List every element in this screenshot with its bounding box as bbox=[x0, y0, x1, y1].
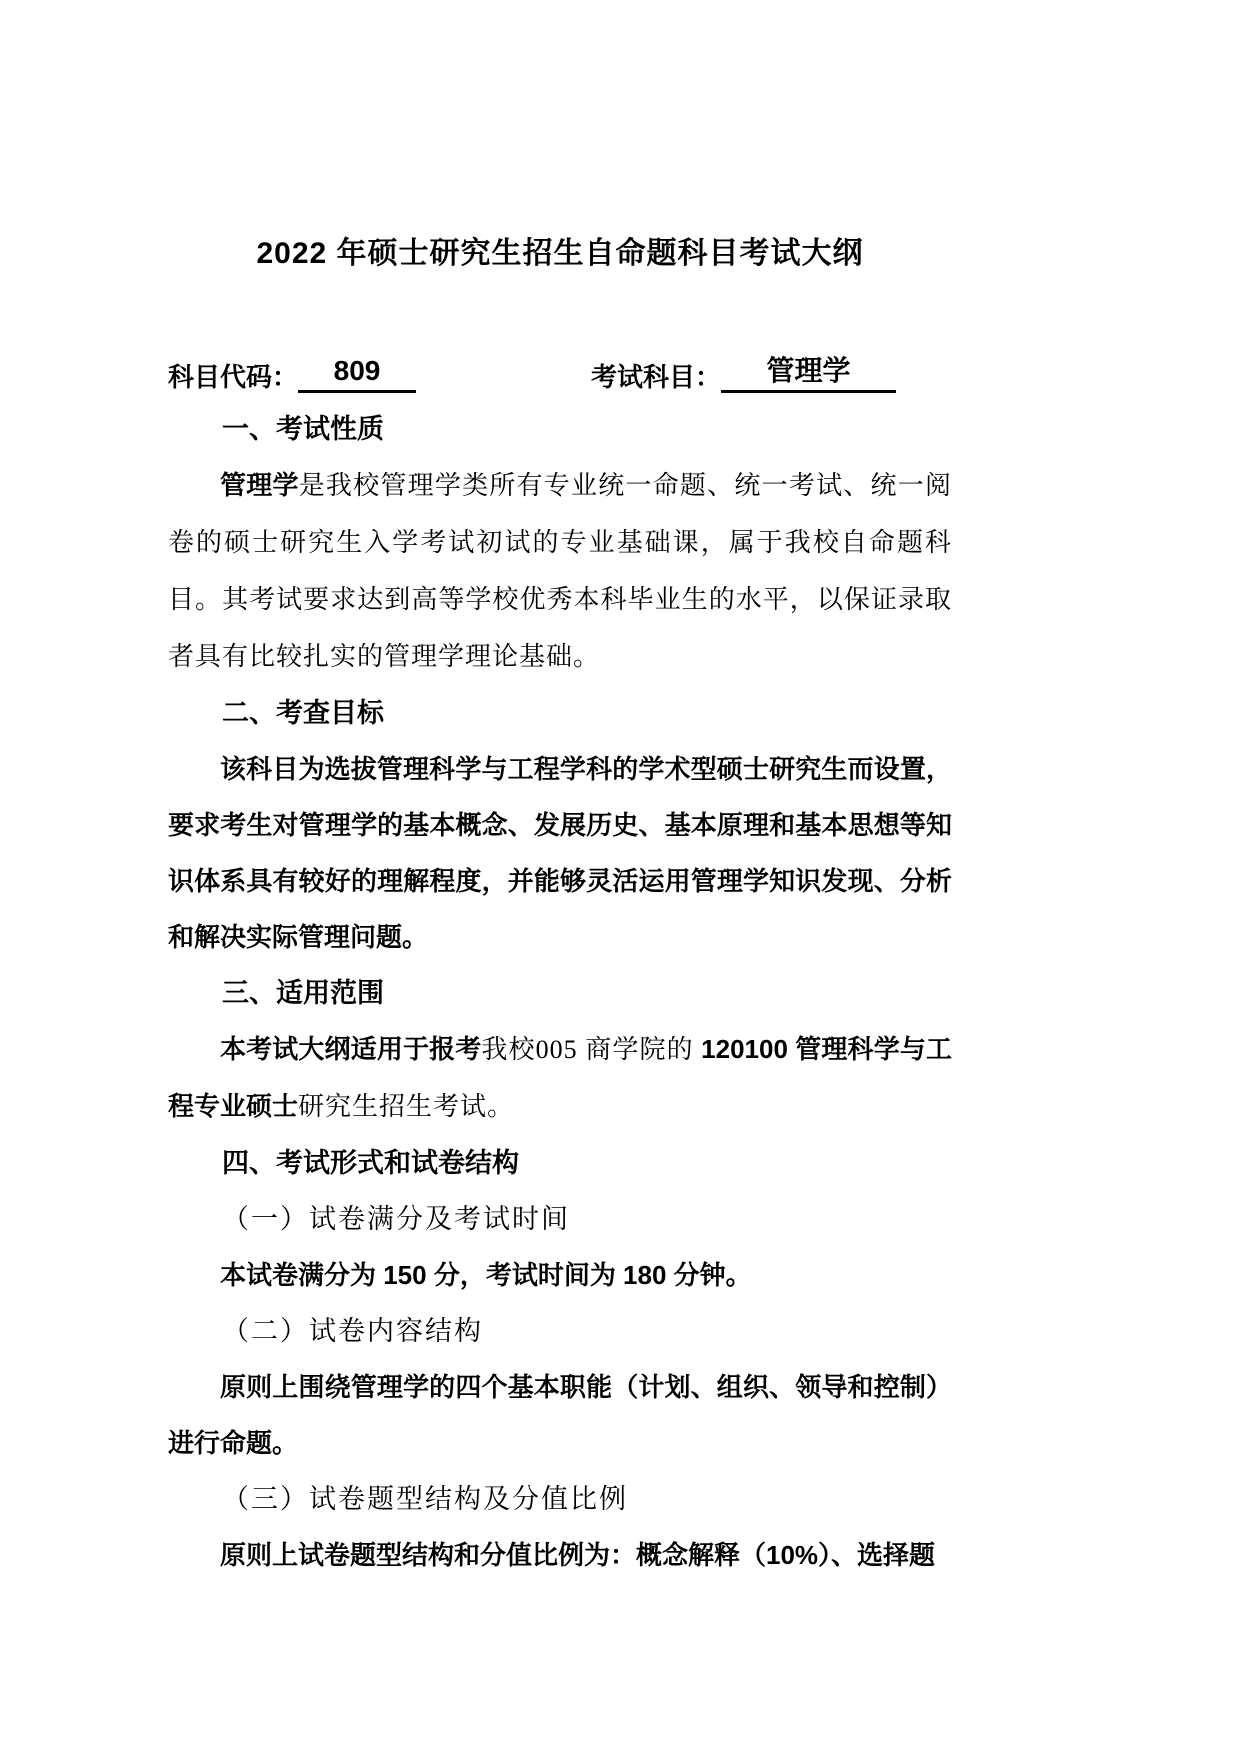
subject-meta-row: 科目代码： 809 考试科目： 管理学 bbox=[168, 356, 952, 393]
subject-code-field: 科目代码： 809 bbox=[168, 356, 416, 393]
exam-subject-label: 考试科目： bbox=[591, 361, 721, 393]
section-1-paragraph: 管理学是我校管理学类所有专业统一命题、统一考试、统一阅卷的硕士研究生入学考试初试… bbox=[168, 457, 952, 685]
section-4-subheading-3: （三）试卷题型结构及分值比例 bbox=[168, 1471, 952, 1527]
section-2-paragraph: 该科目为选拔管理科学与工程学科的学术型硕士研究生而设置，要求考生对管理学的基本概… bbox=[168, 741, 952, 965]
section-3-run-2: 我校005 商学院的 bbox=[481, 1035, 693, 1064]
document-page: 2022 年硕士研究生招生自命题科目考试大纲 科目代码： 809 考试科目： 管… bbox=[0, 0, 1240, 1754]
section-4-subheading-2: （二）试卷内容结构 bbox=[168, 1303, 952, 1359]
section-4-paragraph-2: 原则上围绕管理学的四个基本职能（计划、组织、领导和控制）进行命题。 bbox=[168, 1359, 952, 1471]
exam-subject-value: 管理学 bbox=[721, 356, 896, 393]
subject-code-label: 科目代码： bbox=[168, 361, 298, 393]
section-1-paragraph-lead: 管理学 bbox=[220, 470, 299, 500]
section-4-subheading-1: （一）试卷满分及考试时间 bbox=[168, 1191, 952, 1247]
section-4-paragraph-3: 原则上试卷题型结构和分值比例为：概念解释（10%）、选择题 bbox=[168, 1527, 952, 1583]
section-3-paragraph: 本考试大纲适用于报考我校005 商学院的 120100 管理科学与工程专业硕士研… bbox=[168, 1021, 952, 1135]
section-2-heading: 二、考查目标 bbox=[168, 685, 952, 741]
document-title: 2022 年硕士研究生招生自命题科目考试大纲 bbox=[168, 232, 952, 276]
document-body: 一、考试性质 管理学是我校管理学类所有专业统一命题、统一考试、统一阅卷的硕士研究… bbox=[168, 401, 952, 1583]
section-4-paragraph-1: 本试卷满分为 150 分，考试时间为 180 分钟。 bbox=[168, 1247, 952, 1303]
section-3-run-4: 研究生招生考试。 bbox=[298, 1092, 514, 1121]
exam-subject-field: 考试科目： 管理学 bbox=[591, 356, 896, 393]
subject-code-value: 809 bbox=[298, 356, 416, 393]
section-4-heading: 四、考试形式和试卷结构 bbox=[168, 1135, 952, 1191]
section-1-heading: 一、考试性质 bbox=[168, 401, 952, 457]
section-1-paragraph-body: 是我校管理学类所有专业统一命题、统一考试、统一阅卷的硕士研究生入学考试初试的专业… bbox=[168, 471, 952, 671]
section-3-heading: 三、适用范围 bbox=[168, 965, 952, 1021]
section-3-run-1: 本考试大纲适用于报考 bbox=[220, 1034, 481, 1064]
